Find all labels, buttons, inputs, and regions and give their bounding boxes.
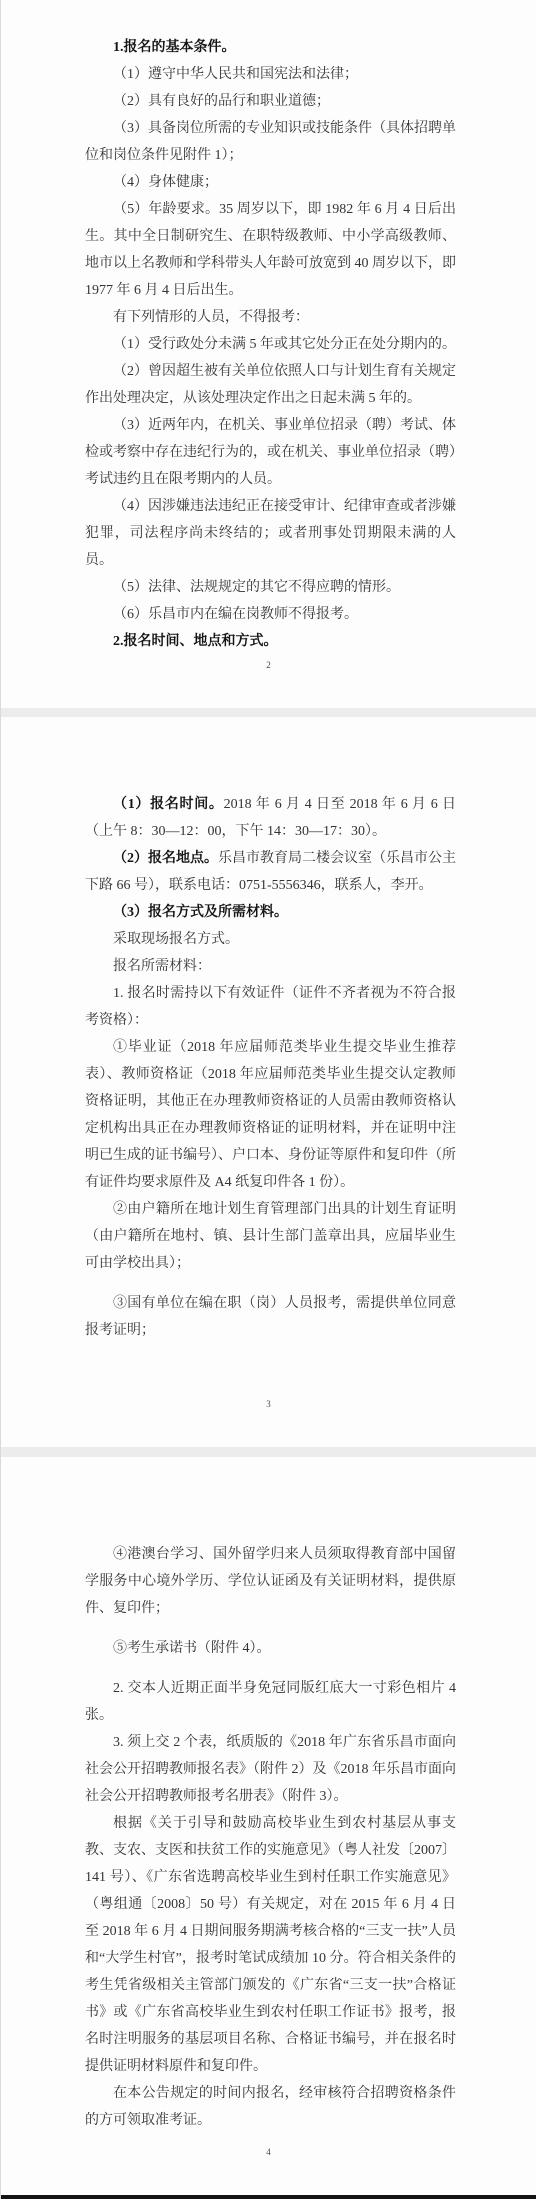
- paragraph: （2）曾因超生被有关单位依照人口与计划生育有关规定作出处理决定，从该处理决定作出…: [85, 358, 456, 412]
- paragraph-text: 1.报名的基本条件。: [113, 40, 236, 55]
- paragraph: （1）遵守中华人民共和国宪法和法律；: [85, 61, 456, 88]
- paragraph-text: （6）乐昌市内在编在岗教师不得报考。: [113, 607, 358, 622]
- paragraph: （2）具有良好的品行和职业道德；: [85, 88, 456, 115]
- paragraph: （3）具备岗位所需的专业知识或技能条件（具体招聘单位和岗位条件见附件 1）；: [85, 115, 456, 169]
- paragraph-text: （4）因涉嫌违法违纪正在接受审计、纪律审查或者涉嫌犯罪，司法程序尚未终结的；或者…: [85, 499, 456, 568]
- paragraph-text: （2）曾因超生被有关单位依照人口与计划生育有关规定作出处理决定，从该处理决定作出…: [85, 364, 456, 406]
- paragraph-text: 在本公告规定的时间内报名，经审核符合招聘资格条件的方可领取准考证。: [85, 2086, 456, 2128]
- paragraph-text: 报名所需材料：: [113, 959, 211, 974]
- paragraph: （3）报名方式及所需材料。: [85, 899, 456, 926]
- paragraph: 2. 交本人近期正面半身免冠同版红底大一寸彩色相片 4 张。: [85, 1675, 456, 1729]
- paragraph: （5）年龄要求。35 周岁以下，即 1982 年 6 月 4 日后出生。其中全日…: [85, 196, 456, 304]
- paragraph-text: 3. 须上交 2 个表，纸质版的《2018 年广东省乐昌市面向社会公开招聘教师报…: [85, 1735, 456, 1804]
- page-body: （1）报名时间。2018 年 6 月 4 日至 2018 年 6 月 6 日（上…: [85, 791, 456, 1344]
- document-viewer: 1.报名的基本条件。 （1）遵守中华人民共和国宪法和法律； （2）具有良好的品行…: [0, 0, 536, 2199]
- paragraph-text: ③国有单位在编在职（岗）人员报考，需提供单位同意报考证明；: [85, 1296, 456, 1338]
- paragraph-lead: （1）报名时间。: [113, 797, 224, 812]
- paragraph: （6）乐昌市内在编在岗教师不得报考。: [85, 601, 456, 628]
- paragraph-text: 根据《关于引导和鼓励高校毕业生到农村基层从事支教、支农、支医和扶贫工作的实施意见…: [85, 1816, 456, 2074]
- page-body: 1.报名的基本条件。 （1）遵守中华人民共和国宪法和法律； （2）具有良好的品行…: [85, 34, 456, 655]
- paragraph: 3. 须上交 2 个表，纸质版的《2018 年广东省乐昌市面向社会公开招聘教师报…: [85, 1729, 456, 1810]
- paragraph-text: （3）具备岗位所需的专业知识或技能条件（具体招聘单位和岗位条件见附件 1）；: [85, 121, 456, 163]
- paragraph-text: 2. 交本人近期正面半身免冠同版红底大一寸彩色相片 4 张。: [85, 1681, 456, 1723]
- paragraph-text: （4）身体健康；: [113, 175, 218, 190]
- paragraph-text: ②由户籍所在地计划生育管理部门出具的计划生育证明（由户籍所在地村、镇、县计生部门…: [85, 1202, 456, 1271]
- paragraph: ⑤考生承诺书（附件 4）。: [85, 1635, 456, 1662]
- paragraph-text: （3）近两年内，在机关、事业单位招录（聘）考试、体检或考察中存在违纪行为的，或在…: [85, 418, 456, 487]
- paragraph: （4）身体健康；: [85, 169, 456, 196]
- paragraph-text: ⑤考生承诺书（附件 4）。: [113, 1641, 271, 1656]
- pages-container: 1.报名的基本条件。 （1）遵守中华人民共和国宪法和法律； （2）具有良好的品行…: [1, 0, 536, 2195]
- page-body: ④港澳台学习、国外留学归来人员须取得教育部中国留学服务中心境外学历、学位认证函及…: [85, 1541, 456, 2134]
- paragraph-text: 2.报名时间、地点和方式。: [113, 634, 278, 649]
- paragraph: ②由户籍所在地计划生育管理部门出具的计划生育证明（由户籍所在地村、镇、县计生部门…: [85, 1196, 456, 1277]
- bottom-edge-bar: [1, 2195, 536, 2199]
- paragraph-text: （1）遵守中华人民共和国宪法和法律；: [113, 67, 358, 82]
- paragraph-text: （5）年龄要求。35 周岁以下，即 1982 年 6 月 4 日后出生。其中全日…: [85, 202, 456, 298]
- paragraph: （1）报名时间。2018 年 6 月 4 日至 2018 年 6 月 6 日（上…: [85, 791, 456, 845]
- paragraph: 在本公告规定的时间内报名，经审核符合招聘资格条件的方可领取准考证。: [85, 2080, 456, 2134]
- paragraph: 报名所需材料：: [85, 953, 456, 980]
- page-number: 2: [1, 660, 536, 670]
- paragraph-text: （3）报名方式及所需材料。: [113, 905, 288, 920]
- paragraph-text: ①毕业证（2018 年应届师范类毕业生提交毕业生推荐表）、教师资格证（2018 …: [85, 1040, 456, 1190]
- paragraph: 根据《关于引导和鼓励高校毕业生到农村基层从事支教、支农、支医和扶贫工作的实施意见…: [85, 1810, 456, 2080]
- paragraph: （4）因涉嫌违法违纪正在接受审计、纪律审查或者涉嫌犯罪，司法程序尚未终结的；或者…: [85, 493, 456, 574]
- paragraph: （1）受行政处分未满 5 年或其它处分正在处分期内的。: [85, 331, 456, 358]
- paragraph: ③国有单位在编在职（岗）人员报考，需提供单位同意报考证明；: [85, 1290, 456, 1344]
- paragraph-text: 1. 报名时需持以下有效证件（证件不齐者视为不符合报考资格）：: [85, 986, 456, 1028]
- paragraph-text: ④港澳台学习、国外留学归来人员须取得教育部中国留学服务中心境外学历、学位认证函及…: [85, 1547, 456, 1616]
- document-page: 1.报名的基本条件。 （1）遵守中华人民共和国宪法和法律； （2）具有良好的品行…: [1, 0, 536, 708]
- paragraph-lead: （2）报名地点。: [113, 851, 218, 866]
- paragraph: 有下列情形的人员，不得报考：: [85, 304, 456, 331]
- paragraph-text: （1）受行政处分未满 5 年或其它处分正在处分期内的。: [113, 337, 456, 352]
- paragraph: 1.报名的基本条件。: [85, 34, 456, 61]
- paragraph: 1. 报名时需持以下有效证件（证件不齐者视为不符合报考资格）：: [85, 980, 456, 1034]
- paragraph-text: （5）法律、法规规定的其它不得应聘的情形。: [113, 580, 400, 595]
- paragraph-text: （2）具有良好的品行和职业道德；: [113, 94, 330, 109]
- document-page: （1）报名时间。2018 年 6 月 4 日至 2018 年 6 月 6 日（上…: [1, 717, 536, 1447]
- paragraph-text: 采取现场报名方式。: [113, 932, 239, 947]
- paragraph: 采取现场报名方式。: [85, 926, 456, 953]
- paragraph: （2）报名地点。乐昌市教育局二楼会议室（乐昌市公主下路 66 号），联系电话：0…: [85, 845, 456, 899]
- paragraph: （5）法律、法规规定的其它不得应聘的情形。: [85, 574, 456, 601]
- page-number: 3: [1, 1399, 536, 1409]
- paragraph: ④港澳台学习、国外留学归来人员须取得教育部中国留学服务中心境外学历、学位认证函及…: [85, 1541, 456, 1622]
- page-number: 4: [1, 2147, 536, 2157]
- paragraph-text: 有下列情形的人员，不得报考：: [113, 310, 309, 325]
- paragraph: （3）近两年内，在机关、事业单位招录（聘）考试、体检或考察中存在违纪行为的，或在…: [85, 412, 456, 493]
- paragraph: ①毕业证（2018 年应届师范类毕业生提交毕业生推荐表）、教师资格证（2018 …: [85, 1034, 456, 1196]
- document-page: ④港澳台学习、国外留学归来人员须取得教育部中国留学服务中心境外学历、学位认证函及…: [1, 1457, 536, 2195]
- paragraph: 2.报名时间、地点和方式。: [85, 628, 456, 655]
